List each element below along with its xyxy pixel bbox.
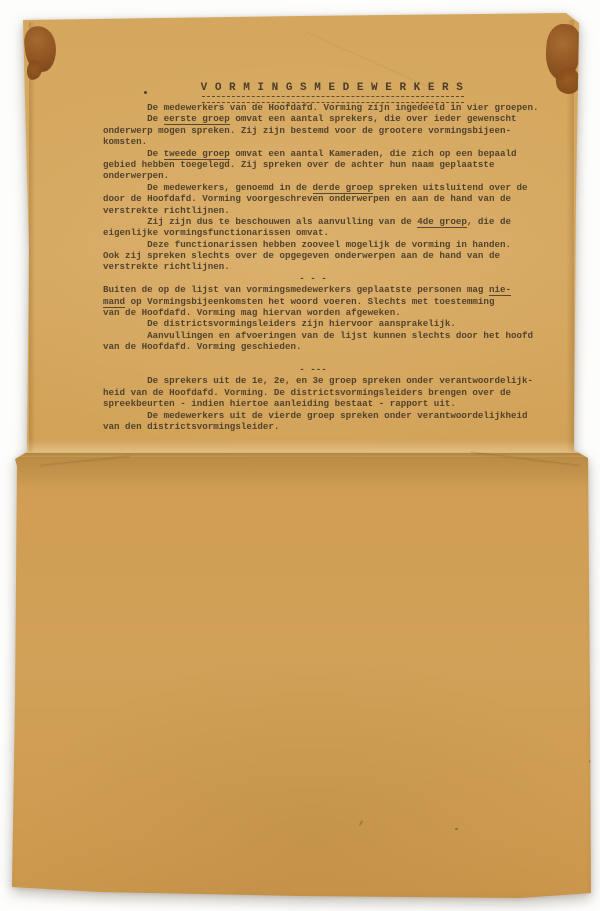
- document-line: De medewerkers, genoemd in de derde groe…: [103, 182, 523, 193]
- document-line: spreekbeurten - indien hiertoe aanleidin…: [103, 398, 523, 409]
- document-line: door de Hoofdafd. Vorming voorgeschreven…: [103, 193, 523, 204]
- tape-mark-top-right-tail: [555, 67, 582, 95]
- document-line: mand op Vormingsbijeenkomsten het woord …: [103, 296, 523, 307]
- document-line: - - -: [103, 273, 523, 284]
- paper-document: V O R M I N G S M E D E W E R K E R S De…: [0, 0, 600, 911]
- document-line: De tweede groep omvat een aantal Kamerad…: [103, 148, 523, 159]
- document-line: eigenlijke vormingsfunctionarissen omvat…: [103, 227, 523, 238]
- document-line: van de Hoofdafd. Vorming geschieden.: [103, 341, 523, 352]
- document-line: Buiten de op de lijst van vormingsmedewe…: [103, 284, 523, 295]
- photo-background: V O R M I N G S M E D E W E R K E R S De…: [0, 0, 600, 911]
- document-line: van de Hoofdafd. Vorming mag hiervan wor…: [103, 307, 523, 318]
- document-line: Deze functionarissen hebben zooveel moge…: [103, 239, 523, 250]
- document-line: De sprekers uit de 1e, 2e, en 3e groep s…: [103, 375, 523, 386]
- document-line: gebied hebben toegelegd. Zij spreken ove…: [103, 159, 523, 170]
- document-line: - ---: [103, 364, 523, 375]
- document-line: verstrekte richtlijnen.: [103, 205, 523, 216]
- document-line: [103, 353, 523, 364]
- document-line: De districtsvormingsleiders zijn hiervoo…: [103, 318, 523, 329]
- document-line: onderwerp mogen spreken. Zij zijn bestem…: [103, 125, 523, 136]
- document-line: onderwerpen.: [103, 170, 523, 181]
- document-line: heid van de Hoofdafd. Vorming. De distri…: [103, 387, 523, 398]
- paper-speck: [359, 820, 364, 826]
- document-line: De eerste groep omvat een aantal spreker…: [103, 113, 523, 124]
- document-line: Aanvullingen en afvoeringen van de lijst…: [103, 330, 523, 341]
- document-line: Zij zijn dus te beschouwen als aanvullin…: [103, 216, 523, 227]
- document-text: De medewerkers van de Hoofdafd. Vorming …: [103, 102, 523, 432]
- document-line: komsten.: [103, 136, 523, 147]
- document-line: De medewerkers van de Hoofdafd. Vorming …: [103, 102, 523, 113]
- document-title: V O R M I N G S M E D E W E R K E R S: [112, 82, 552, 94]
- fold-highlight: [0, 440, 600, 453]
- document-line: verstrekte richtlijnen.: [103, 261, 523, 272]
- paper-shadow-wrap: V O R M I N G S M E D E W E R K E R S De…: [0, 0, 600, 911]
- document-line: De medewerkers uit de vierde groep sprek…: [103, 410, 523, 421]
- document-line: van den districtsvormingsleider.: [103, 421, 523, 432]
- document-line: Ook zij spreken slechts over de opgegeve…: [103, 250, 523, 261]
- left-edge-shading: [29, 22, 35, 452]
- paper-speck: [589, 760, 592, 763]
- paper-speck: [455, 828, 458, 830]
